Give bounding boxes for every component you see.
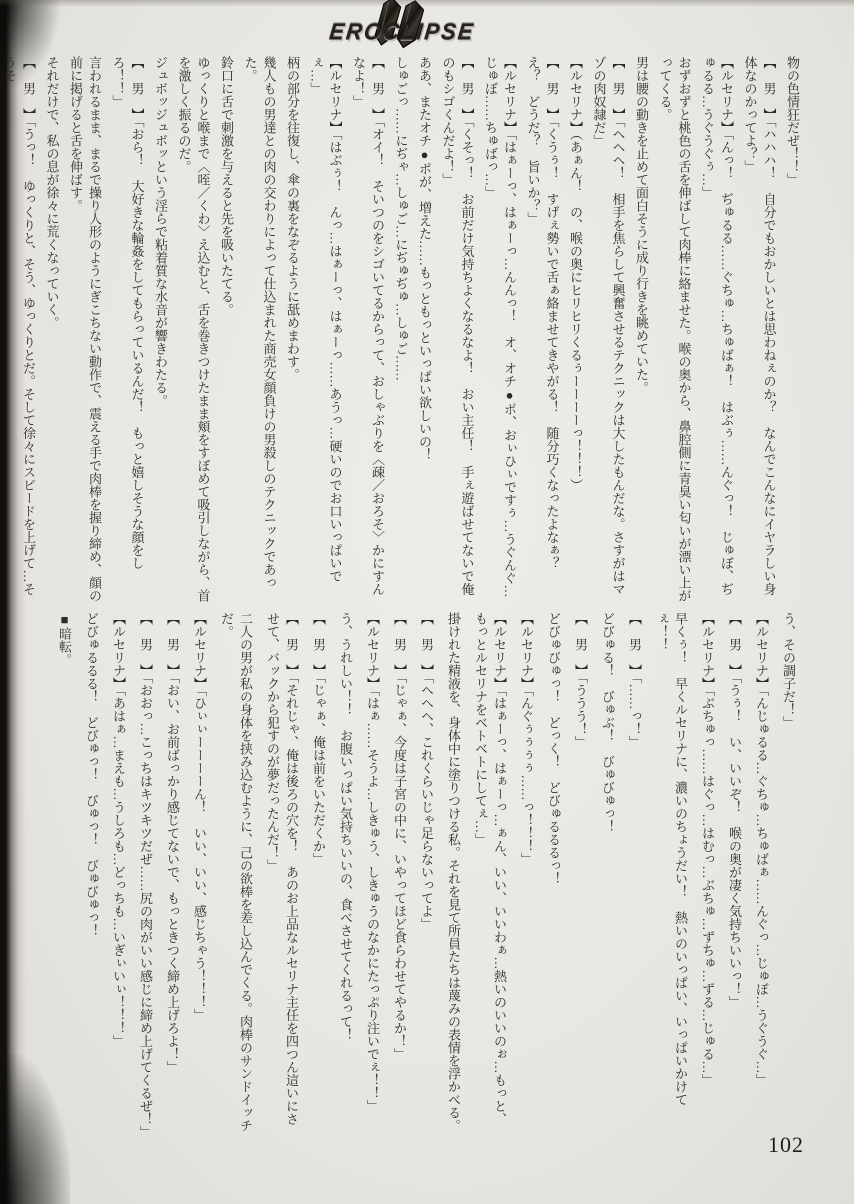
text-column-line: う、うれしい！！ お腹いっぱい気持ちいいの、食べさせてくれるって！ bbox=[336, 612, 355, 1136]
text-column-line: 男は腰の動きを止めて面白そうに成り行きを眺めていた。 bbox=[632, 56, 651, 606]
text-column-line: 【ルセリナ】「んぐぅぅぅぅ……っ！！！」 bbox=[517, 612, 536, 1136]
text-column-line: 幾人もの男達との肉の交わりによって仕込まれた商売女顔負けの男殺しのテクニックであ… bbox=[241, 56, 279, 606]
text-column-line: 柄の部分を往復し、傘の裏をなぞるように舐めまわす。 bbox=[283, 56, 302, 606]
text-column-line: ■暗転。 bbox=[55, 612, 74, 1136]
text-column-line: 【ルセリナ】「はぁ……そうよ…しきゅう、しきゅうのなかにたっぷり注いでぇ！！」 bbox=[363, 612, 382, 1136]
text-column-line: 【 男 】「おおっ…こっちはキツキツだぜ……尻の肉がいい感じに締め上げてくるぜ！… bbox=[136, 612, 155, 1136]
text-column-line: 【ルセリナ】「ぶちゅっ……はぐっ…はむっ…ぶちゅ…ずちゅ…ずる…じゅる…」 bbox=[698, 612, 717, 1136]
text-column-line: ジュボッジュボッという淫らで粘着質な水音が響きわたる。 bbox=[151, 56, 170, 606]
text-column-line: 【 男 】「うぅ！ い、いいぞ！ 喉の奥が凄く気持ちいいっ！」 bbox=[725, 612, 744, 1136]
text-column-line: 言われるまま、まるで操り人形のようにぎこちない動作で、震える手で肉棒を握り締め、… bbox=[66, 56, 104, 606]
text-column-line: 【 男 】「ハハハ！ 自分でもおかしいとは思わねぇのか？ なんでこんなにイヤラし… bbox=[741, 56, 779, 606]
text-column-line: 【 男 】「おら！ 大好きな輪姦をしてもらっているんだ！ もっと嬉しそうな顔をし… bbox=[109, 56, 147, 606]
text-column-line: ゆっくりと喉まで〈咥／くわ〉え込むと、舌を巻きつけたまま頬をすぼめて吸引しながら… bbox=[175, 56, 213, 606]
text-column-line: 【ルセリナ】「ひぃぃーーーーん！ いい、いい、感じちゃう！！！」 bbox=[190, 612, 209, 1136]
page-number: 102 bbox=[768, 1132, 804, 1158]
text-column-line: 早くぅ！ 早くルセリナに、濃いのちょうだい！ 熱いのいっぱい、いっぱいかけてぇ！… bbox=[652, 612, 690, 1136]
text-column-line: 鈴口に舌で刺激を与えると先を吸いたてる。 bbox=[217, 56, 236, 606]
text-column-line: 【ルセリナ】「はぁーっ、はぁーっ…んんっ！ オ、オチ●ポ、おぃひぃですぅ…うぐん… bbox=[481, 56, 519, 606]
text-column-line: 【ルセリナ】「あはぁ…まえも…うしろも…どっちも…いぎぃいぃ！！！」 bbox=[109, 612, 128, 1136]
text-column-line: 【 男 】「うっ！ ゆっくりと、そう、ゆっくりとだ。そして徐々にスピードを上げて… bbox=[0, 56, 38, 606]
text-column-line: 物の色情狂だぜ！！」 bbox=[783, 56, 802, 606]
text-column-line: 【 男 】「ううう！」 bbox=[571, 612, 590, 1136]
logo-wordmark: EROCLIPSE bbox=[328, 19, 476, 46]
text-column-line: どびゅるるる！ どびゅっ！ びゅっ！ びゅびゅっ！ bbox=[82, 612, 101, 1136]
text-column-line: ああ、またオチ●ポが、増えた……もっともっといっぱい欲しいの！ bbox=[415, 56, 434, 606]
text-column-line: 【 男 】「それじゃ、俺は後ろの穴を！ あのお上品なルセリナ主任を四つん這いにさ… bbox=[263, 612, 301, 1136]
text-column-line: 【ルセリナ】「はぁーっ、はぁーっ…ぁん、いい、いいわぁ…熱いのいいのぉ…もっと、… bbox=[471, 612, 509, 1136]
text-column-line: 【 男 】「オイ！ そいつのをシゴいてるからって、おしゃぶりを〈疎／おろそ〉かに… bbox=[349, 56, 387, 606]
text-column-line: 【 男 】「くうぅ！ すげぇ勢いで舌ぁ絡ませてきやがる！ 随分巧くなったよなぁ？… bbox=[524, 56, 562, 606]
text-column-line: しゅごっ……にぢゃ…しゅご…にぢゅぢゅ…しゅご…… bbox=[392, 56, 411, 606]
text-column-line: 【 男 】「……っ！」 bbox=[625, 612, 644, 1136]
text-column-line: 【ルセリナ】「はぶぅ！ んっ…はぁーっ、はぁーっ……あうっ…硬いのでお口いっぱい… bbox=[307, 56, 345, 606]
text-column-line: 【 男 】「ヘヘヘ！ 相手を焦らして興奮させるテクニックは大したもんだな。さすが… bbox=[590, 56, 628, 606]
text-column-line: おずおずと桃色の舌を伸ばして肉棒に絡ませた。喉の奥から、鼻腔側に青臭い匂いが漂い… bbox=[656, 56, 694, 606]
text-column-line: どびゅびゅっ！ どっく！ どびゅるるるっ！ bbox=[544, 612, 563, 1136]
text-column-line: 【 男 】「おい、お前ばっかり感じてないで、もっときつく締め上げろよ！」 bbox=[163, 612, 182, 1136]
text-column-line: それだけで、私の息が徐々に荒くなっていく。 bbox=[43, 56, 62, 606]
text-column-line: 二人の男が私の身体を挟み込むように、己の欲棒を差し込んでくる。肉棒のサンドイッチ… bbox=[217, 612, 255, 1136]
text-column-line: 【ルセリナ】（あぁん！ の、喉の奥にヒリヒリくるぅーーーーっ！！！） bbox=[566, 56, 585, 606]
text-block-bottom: う、その調子だ！」【ルセリナ】「んじゅるる…ぐちゅ…ちゅばぁ……んぐっ…じゅぼ…… bbox=[47, 612, 798, 1136]
text-column-line: 【ルセリナ】「んじゅるる…ぐちゅ…ちゅばぁ……んぐっ…じゅぼ…うぐうぐ…」 bbox=[752, 612, 771, 1136]
text-column-line: 【 男 】「じゃぁ、今度は子宮の中に、いやってほど食らわせてやるか！」 bbox=[390, 612, 409, 1136]
text-column-line: どびゅる！ びゅぶ！ びゅびゅっ！ bbox=[598, 612, 617, 1136]
text-block-top: 物の色情狂だぜ！！」【 男 】「ハハハ！ 自分でもおかしいとは思わねぇのか？ な… bbox=[0, 56, 802, 606]
text-column-line: 【 男 】「じゃぁ、俺は前をいただくか」 bbox=[309, 612, 328, 1136]
text-column-line: 掛けれた精液を、身体中に塗りつける私。それを見て所員たちは蔑みの表情を浮かべる。 bbox=[444, 612, 463, 1136]
eroclipse-logo: EROCLIPSE bbox=[326, 1, 496, 49]
text-column-line: う、その調子だ！」 bbox=[779, 612, 798, 1136]
text-column-line: 【 男 】「ヘヘヘ、これくらいじゃ足らないってよ」 bbox=[417, 612, 436, 1136]
scanned-book-page: EROCLIPSE 物の色情狂だぜ！！」【 男 】「ハハハ！ 自分でもおかしいと… bbox=[0, 0, 854, 1204]
text-column-line: 【 男 】「くそっ！ お前だけ気持ちよくなるなよ！ おい主任！ 手ぇ遊ばせてない… bbox=[439, 56, 477, 606]
text-column-line: 【ルセリナ】「んっ！ ぢゅるる……ぐちゅ…ちゅばぁ！ はぶぅ……んぐっ！ じゅぼ… bbox=[698, 56, 736, 606]
